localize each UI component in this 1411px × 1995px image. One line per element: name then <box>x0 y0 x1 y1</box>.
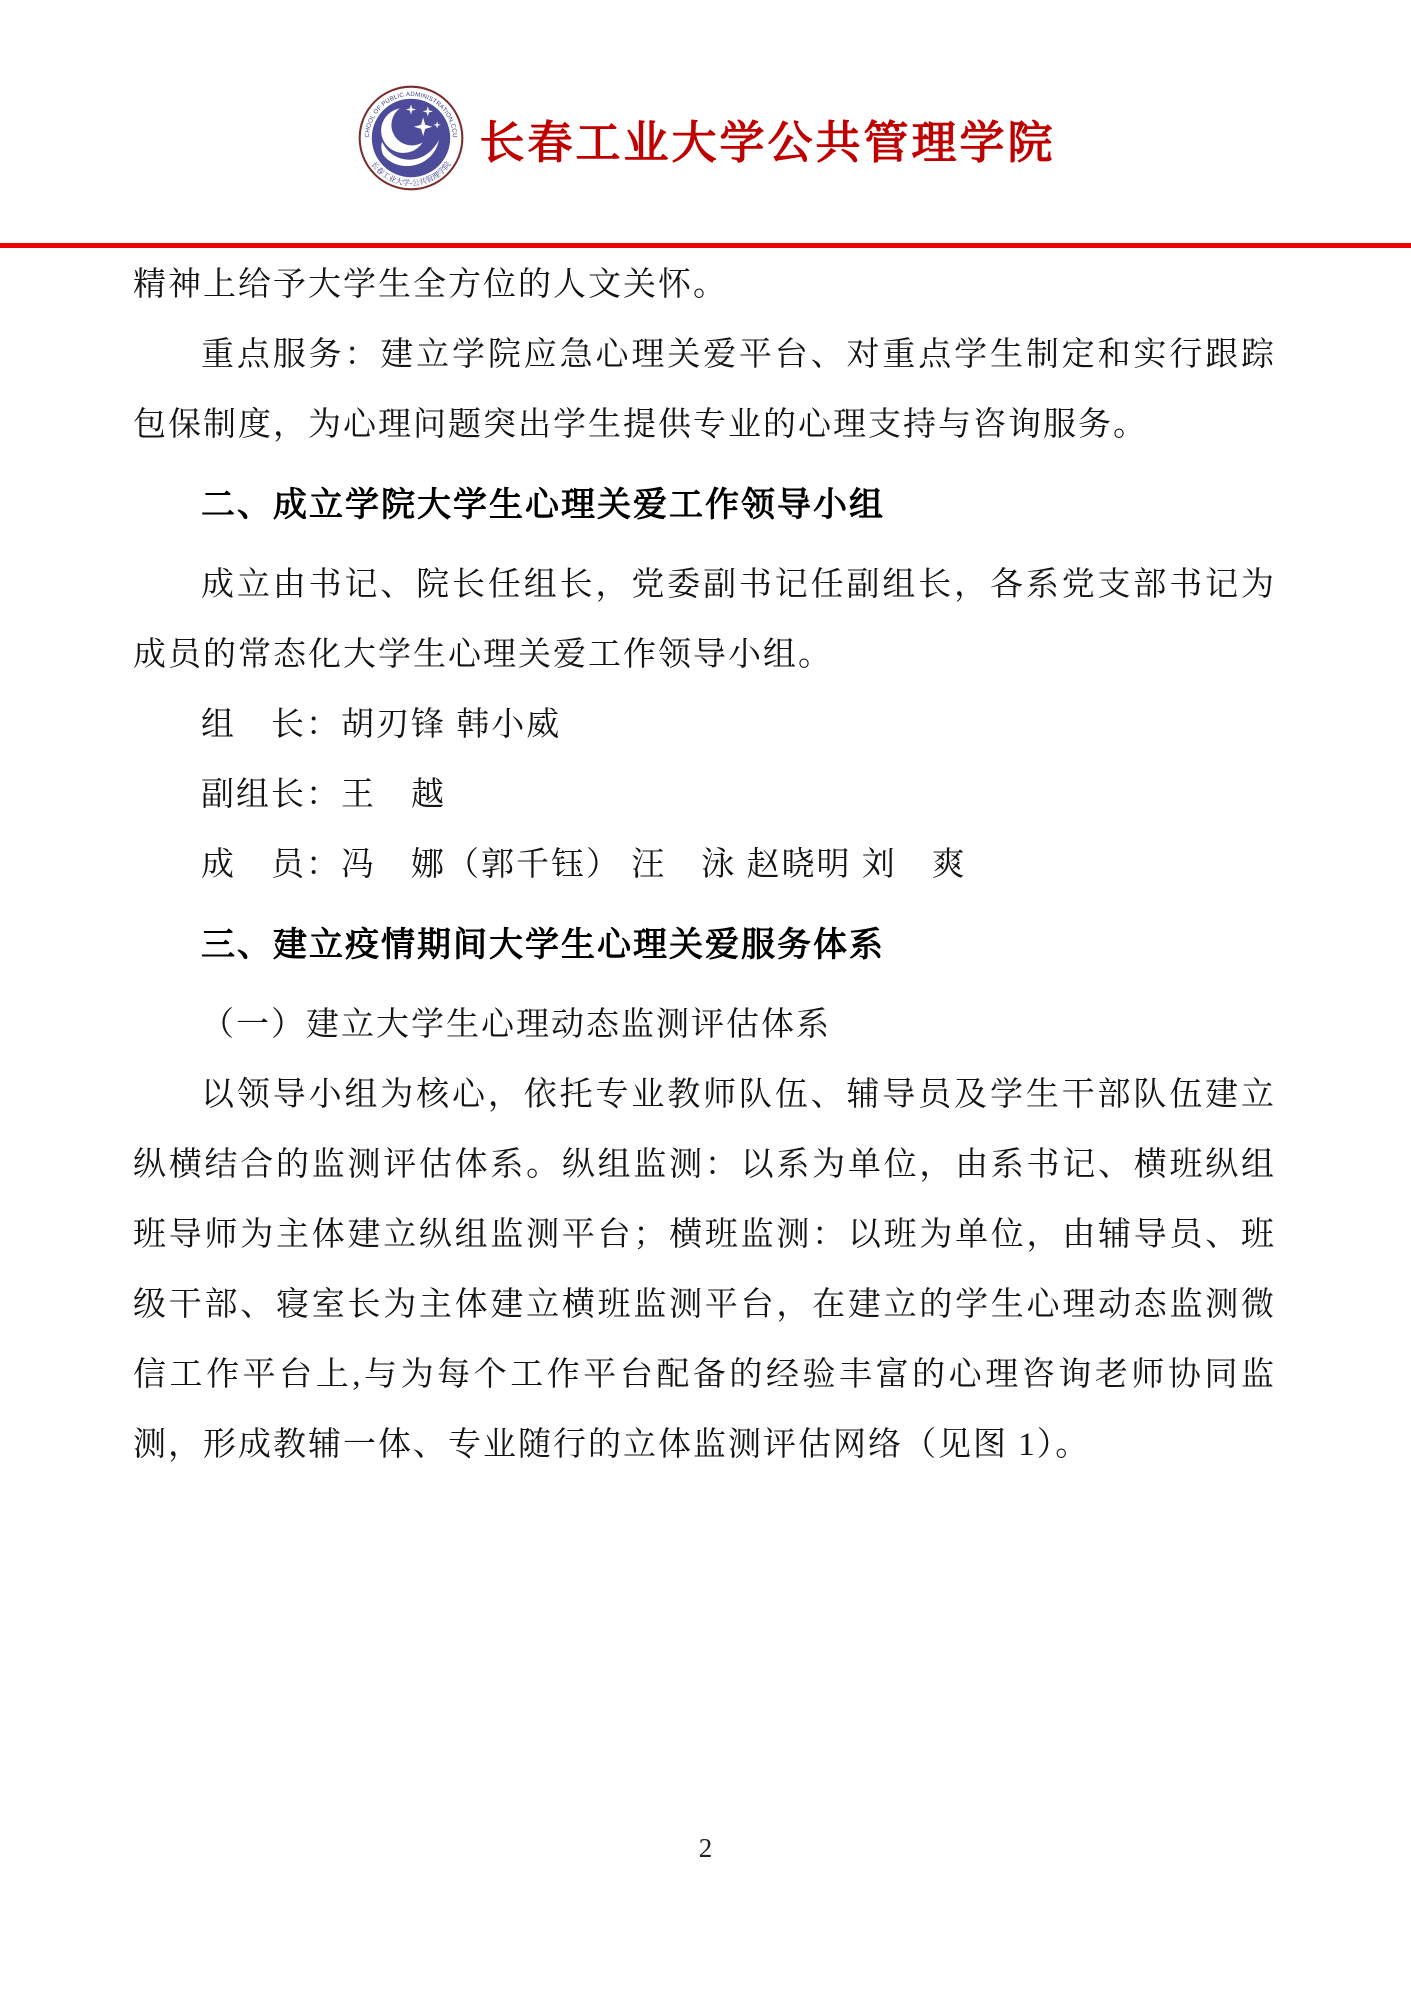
paragraph-monitoring-system: 以领导小组为核心，依托专业教师队伍、辅导员及学生干部队伍建立纵横结合的监测评估体… <box>133 1060 1276 1480</box>
section-heading-2: 二、成立学院大学生心理关爱工作领导小组 <box>133 470 1276 540</box>
line-group-leader: 组 长：胡刃锋 韩小威 <box>133 690 1276 760</box>
letterhead: SCHOOL OF PUBLIC ADMINISTRATION,CCUT 长春工… <box>0 82 1411 194</box>
section-heading-3: 三、建立疫情期间大学生心理关爱服务体系 <box>133 910 1276 980</box>
school-logo-badge: SCHOOL OF PUBLIC ADMINISTRATION,CCUT 长春工… <box>355 82 467 194</box>
subsection-heading-1: （一）建立大学生心理动态监测评估体系 <box>133 990 1276 1060</box>
document-page: SCHOOL OF PUBLIC ADMINISTRATION,CCUT 长春工… <box>0 0 1411 1995</box>
page-number: 2 <box>0 1833 1411 1864</box>
document-body: 精神上给予大学生全方位的人文关怀。 重点服务：建立学院应急心理关爱平台、对重点学… <box>0 248 1411 1480</box>
paragraph-group-setup: 成立由书记、院长任组长，党委副书记任副组长，各系党支部书记为成员的常态化大学生心… <box>133 550 1276 690</box>
line-members: 成 员：冯 娜（郭千钰） 汪 泳 赵晓明 刘 爽 <box>133 830 1276 900</box>
page-title: 长春工业大学公共管理学院 <box>479 106 1055 171</box>
paragraph-continuation: 精神上给予大学生全方位的人文关怀。 <box>133 250 1276 320</box>
paragraph-key-services: 重点服务：建立学院应急心理关爱平台、对重点学生制定和实行跟踪包保制度，为心理问题… <box>133 320 1276 460</box>
school-logo: SCHOOL OF PUBLIC ADMINISTRATION,CCUT 长春工… <box>355 82 467 194</box>
line-deputy-leader: 副组长：王 越 <box>133 760 1276 830</box>
